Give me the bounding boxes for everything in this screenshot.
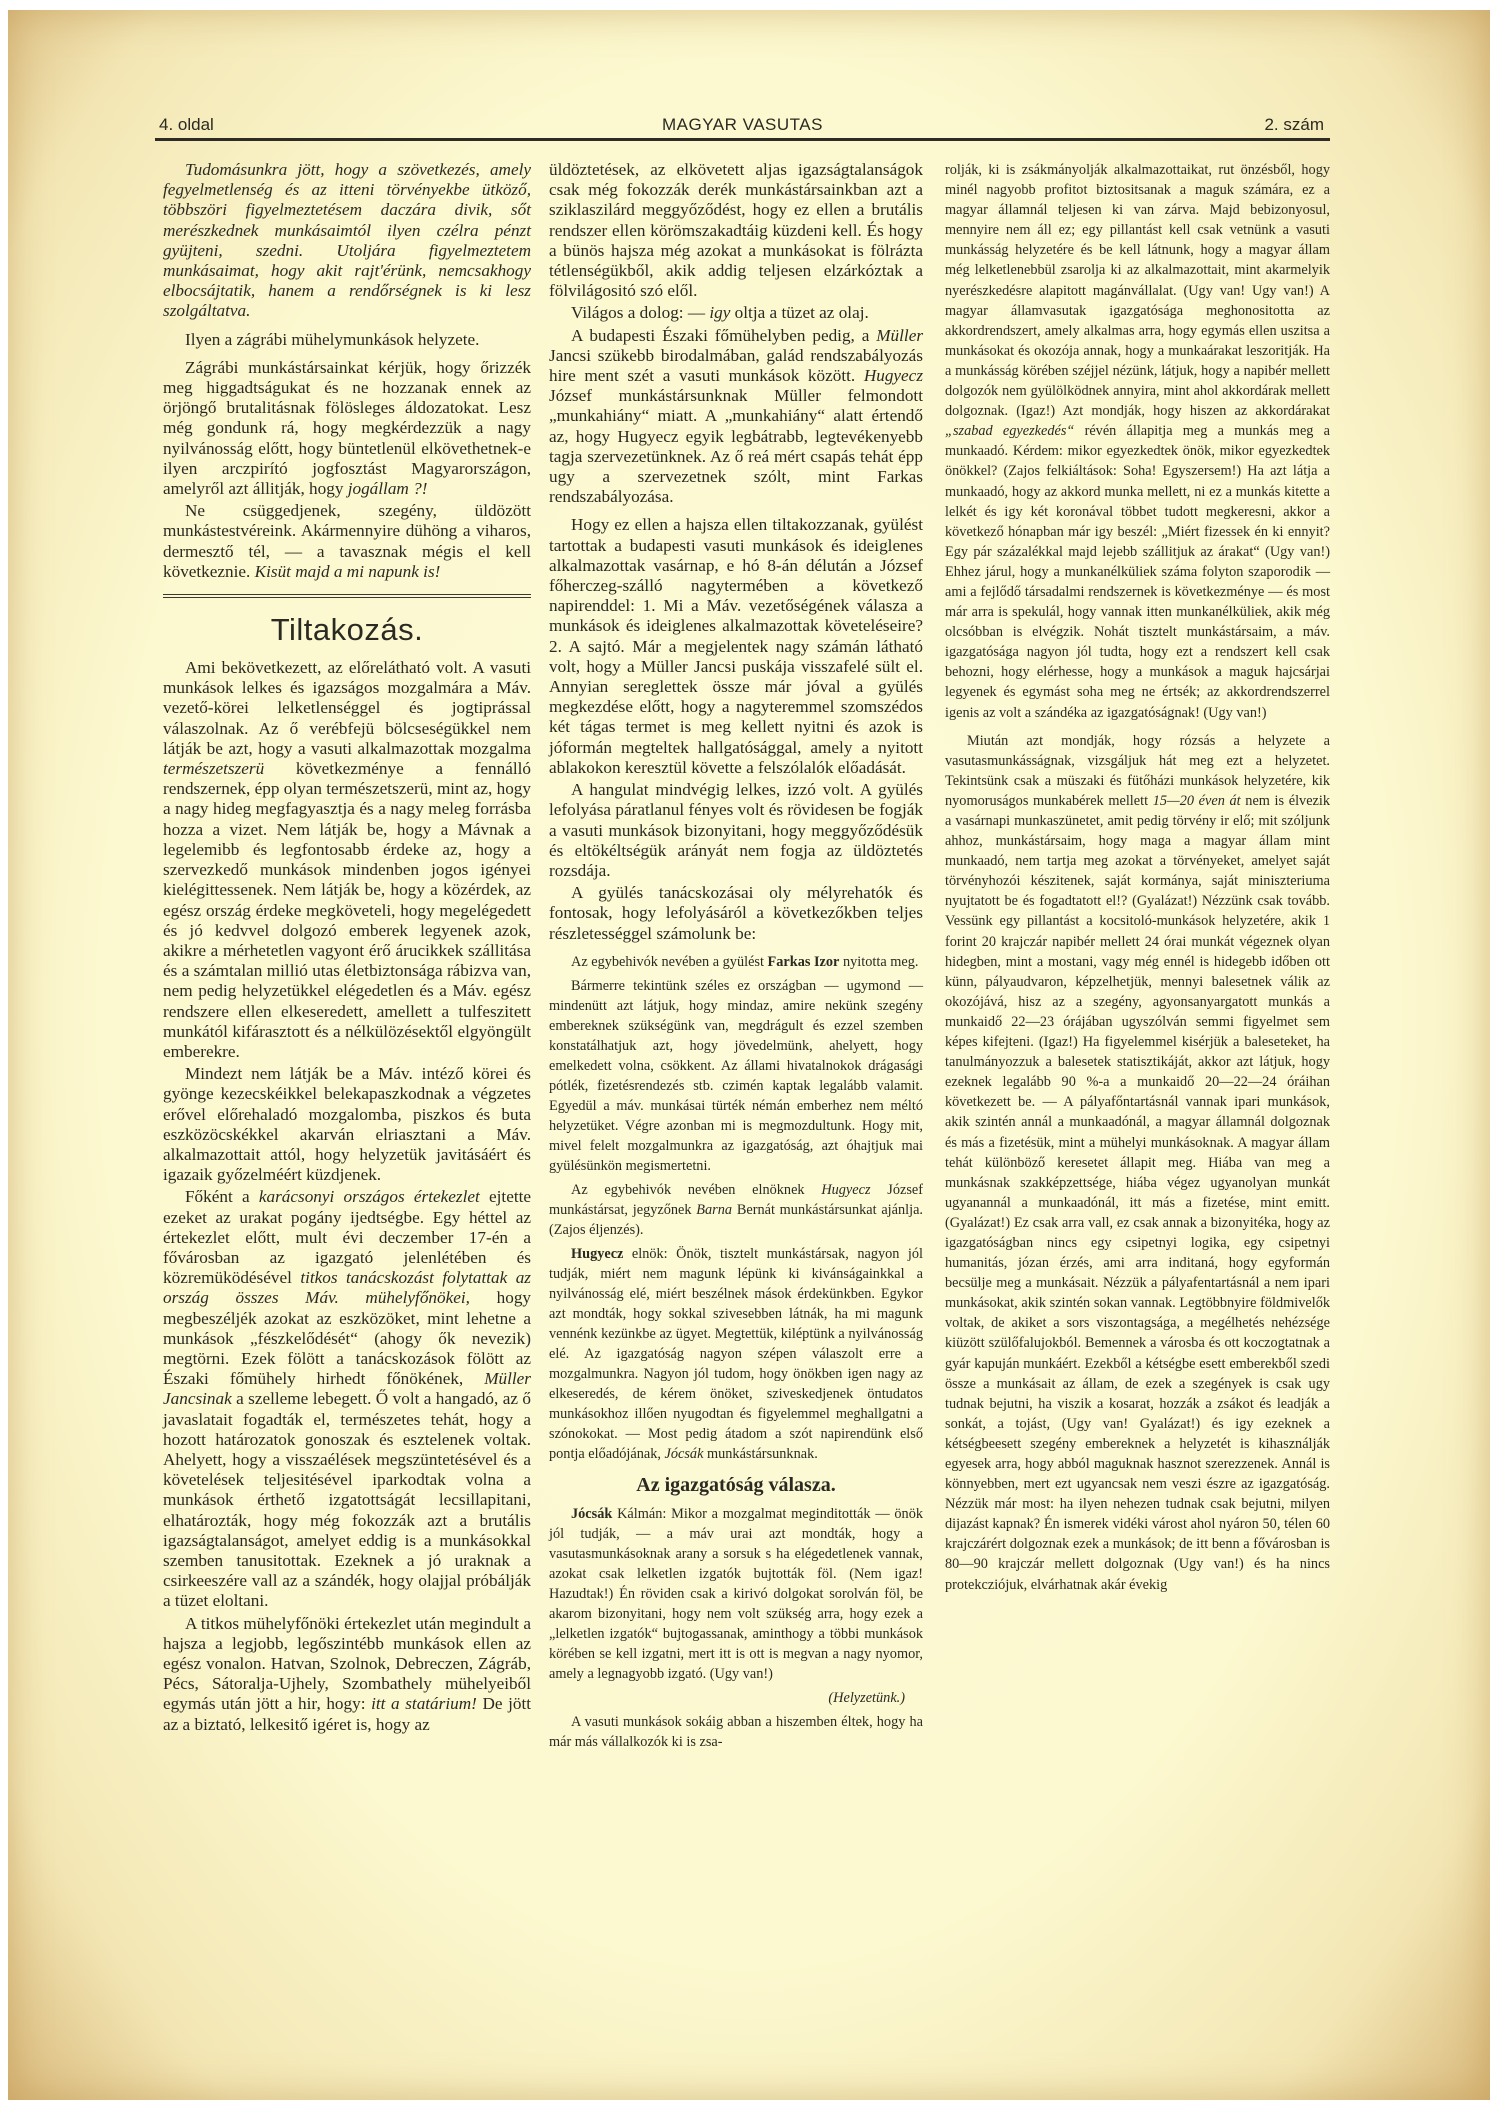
paragraph: Az egybehivók nevében elnöknek Hugyecz J… [549,1180,923,1240]
column-1: Tudomásunkra jött, hogy a szövetkezés, a… [163,160,531,1737]
paragraph: Az egybehivók nevében a gyülést Farkas I… [549,952,923,972]
publication-title: MAGYAR VASUTAS [155,115,1330,135]
paragraph: üldöztetések, az elkövetett aljas igazsá… [549,160,923,301]
quoted-notice: Tudomásunkra jött, hogy a szövetkezés, a… [163,160,531,322]
paragraph: A vasuti munkások sokáig abban a hiszemb… [549,1712,923,1752]
paragraph: Zágrábi munkástársainkat kérjük, hogy őr… [163,358,531,499]
source-signature: (Helyzetünk.) [549,1688,923,1708]
paragraph: A budapesti Északi főmühelyben pedig, a … [549,326,923,508]
paragraph: Bármerre tekintünk széles ez országban —… [549,976,923,1176]
paragraph: Hogy ez ellen a hajsza ellen tiltakozzan… [549,515,923,778]
page-content: 4. oldal MAGYAR VASUTAS 2. szám Tudomásu… [155,110,1330,141]
paragraph: Hugyecz elnök: Önök, tisztelt munkástárs… [549,1244,923,1464]
paragraph: Jócsák Kálmán: Mikor a mozgalmat megindi… [549,1504,923,1684]
paragraph: rolják, ki is zsákmányolják alkalmazotta… [945,160,1330,723]
paragraph: A gyülés tanácskozásai oly mélyrehatók é… [549,883,923,944]
issue-number: 2. szám [1264,115,1324,135]
paragraph: Ne csüggedjenek, szegény, üldözött munká… [163,501,531,582]
meeting-report: Az egybehivók nevében a gyülést Farkas I… [549,952,923,1752]
subsection-title: Az igazgatóság válasza. [549,1472,923,1498]
section-divider [163,594,531,598]
paragraph: Főként a karácsonyi országos értekezlet … [163,1187,531,1611]
page-header: 4. oldal MAGYAR VASUTAS 2. szám [155,110,1330,141]
paragraph: Ami bekövetkezett, az előrelátható volt.… [163,658,531,1062]
column-3: rolják, ki is zsákmányolják alkalmazotta… [945,160,1330,1595]
paragraph: Ilyen a zágrábi mühelymunkások helyzete. [163,330,531,350]
section-title: Tiltakozás. [163,612,531,648]
paragraph: Világos a dolog: — igy oltja a tüzet az … [549,303,923,323]
paragraph: Mindezt nem látják be a Máv. intéző köre… [163,1064,531,1185]
paragraph: A titkos mühelyfőnöki értekezlet után me… [163,1614,531,1735]
column-2: üldöztetések, az elkövetett aljas igazsá… [549,160,923,1756]
paragraph: A hangulat mindvégig lelkes, izzó volt. … [549,780,923,881]
paragraph: Miután azt mondják, hogy rózsás a helyze… [945,731,1330,1595]
